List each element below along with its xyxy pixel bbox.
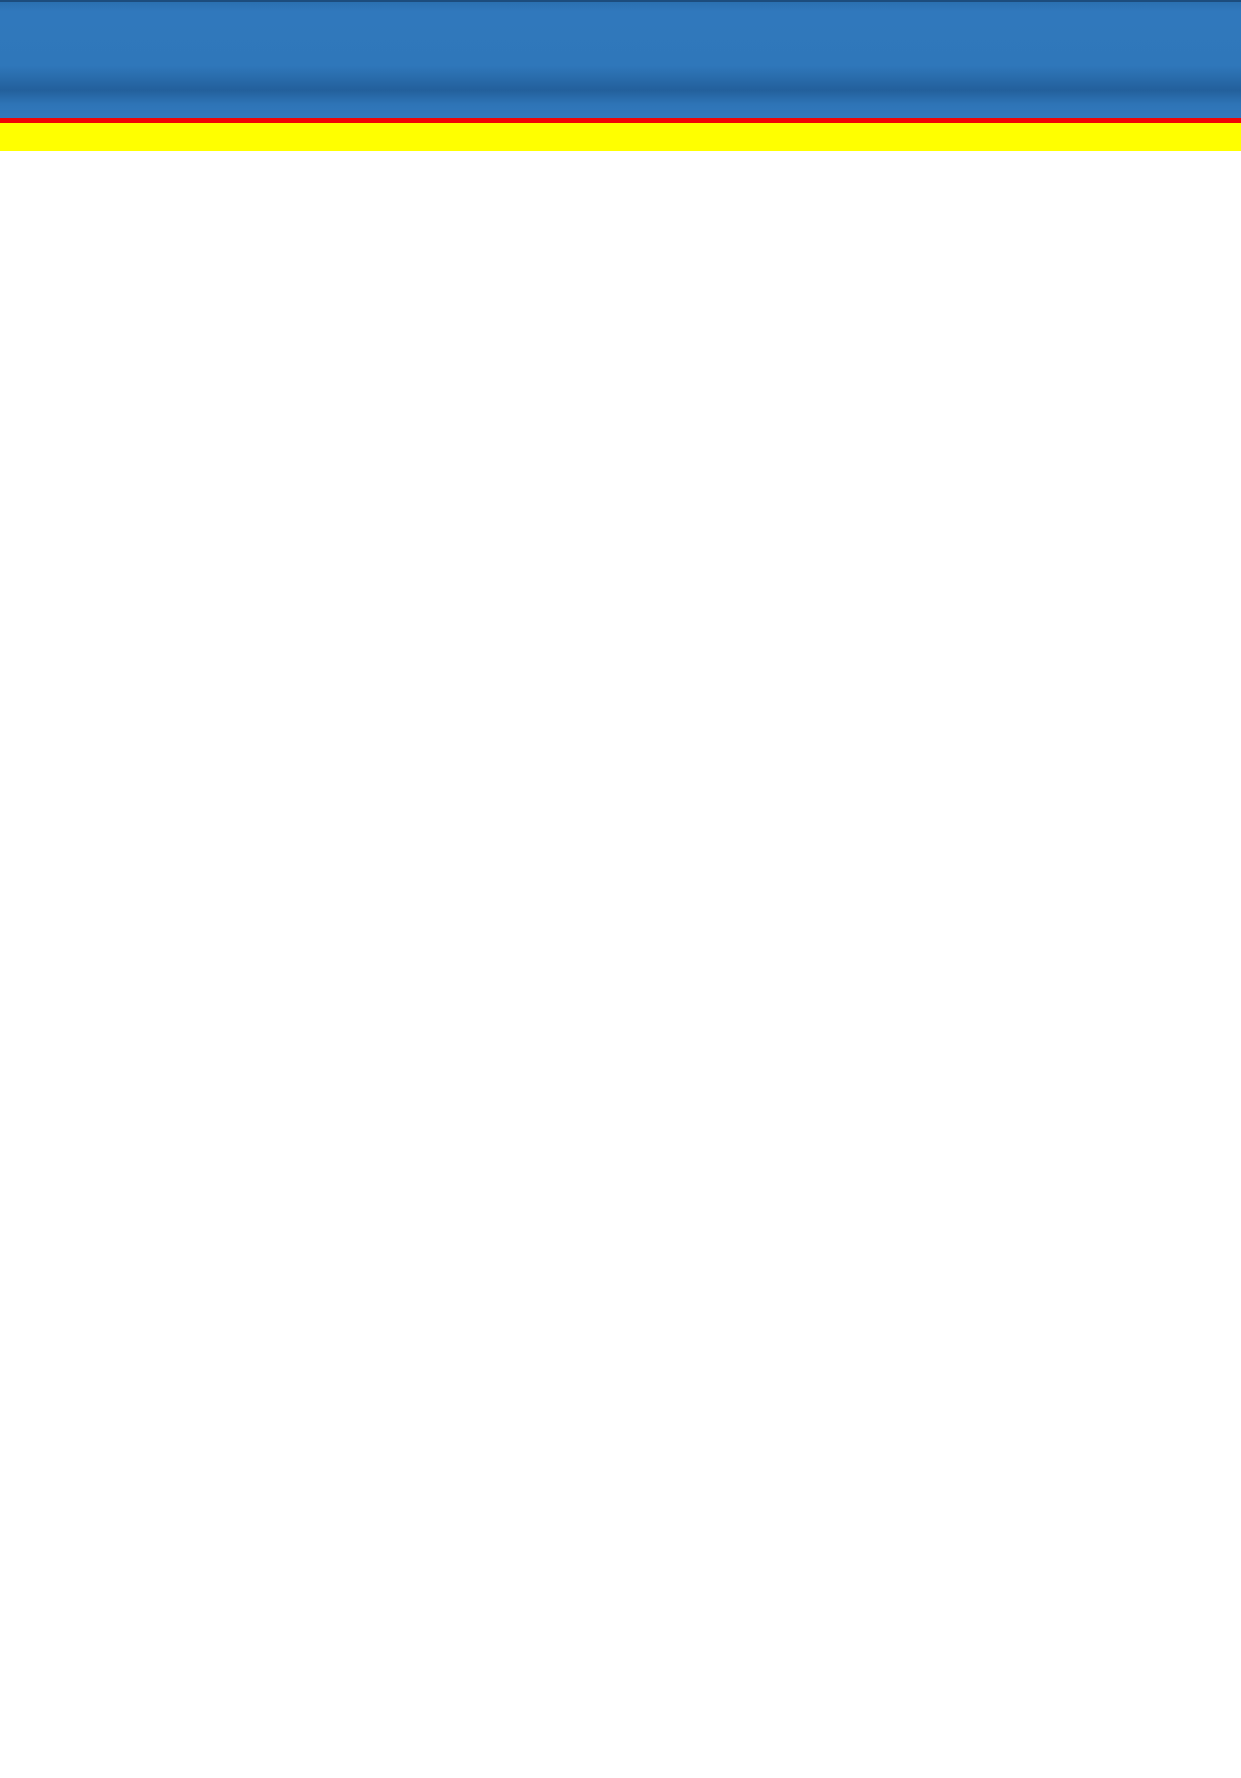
game-banner — [0, 0, 1241, 118]
subtitle-band — [0, 123, 1241, 151]
page: { "header": { "star_left": "☆", "star_ri… — [0, 0, 1241, 1778]
building-list-section — [0, 151, 1241, 155]
